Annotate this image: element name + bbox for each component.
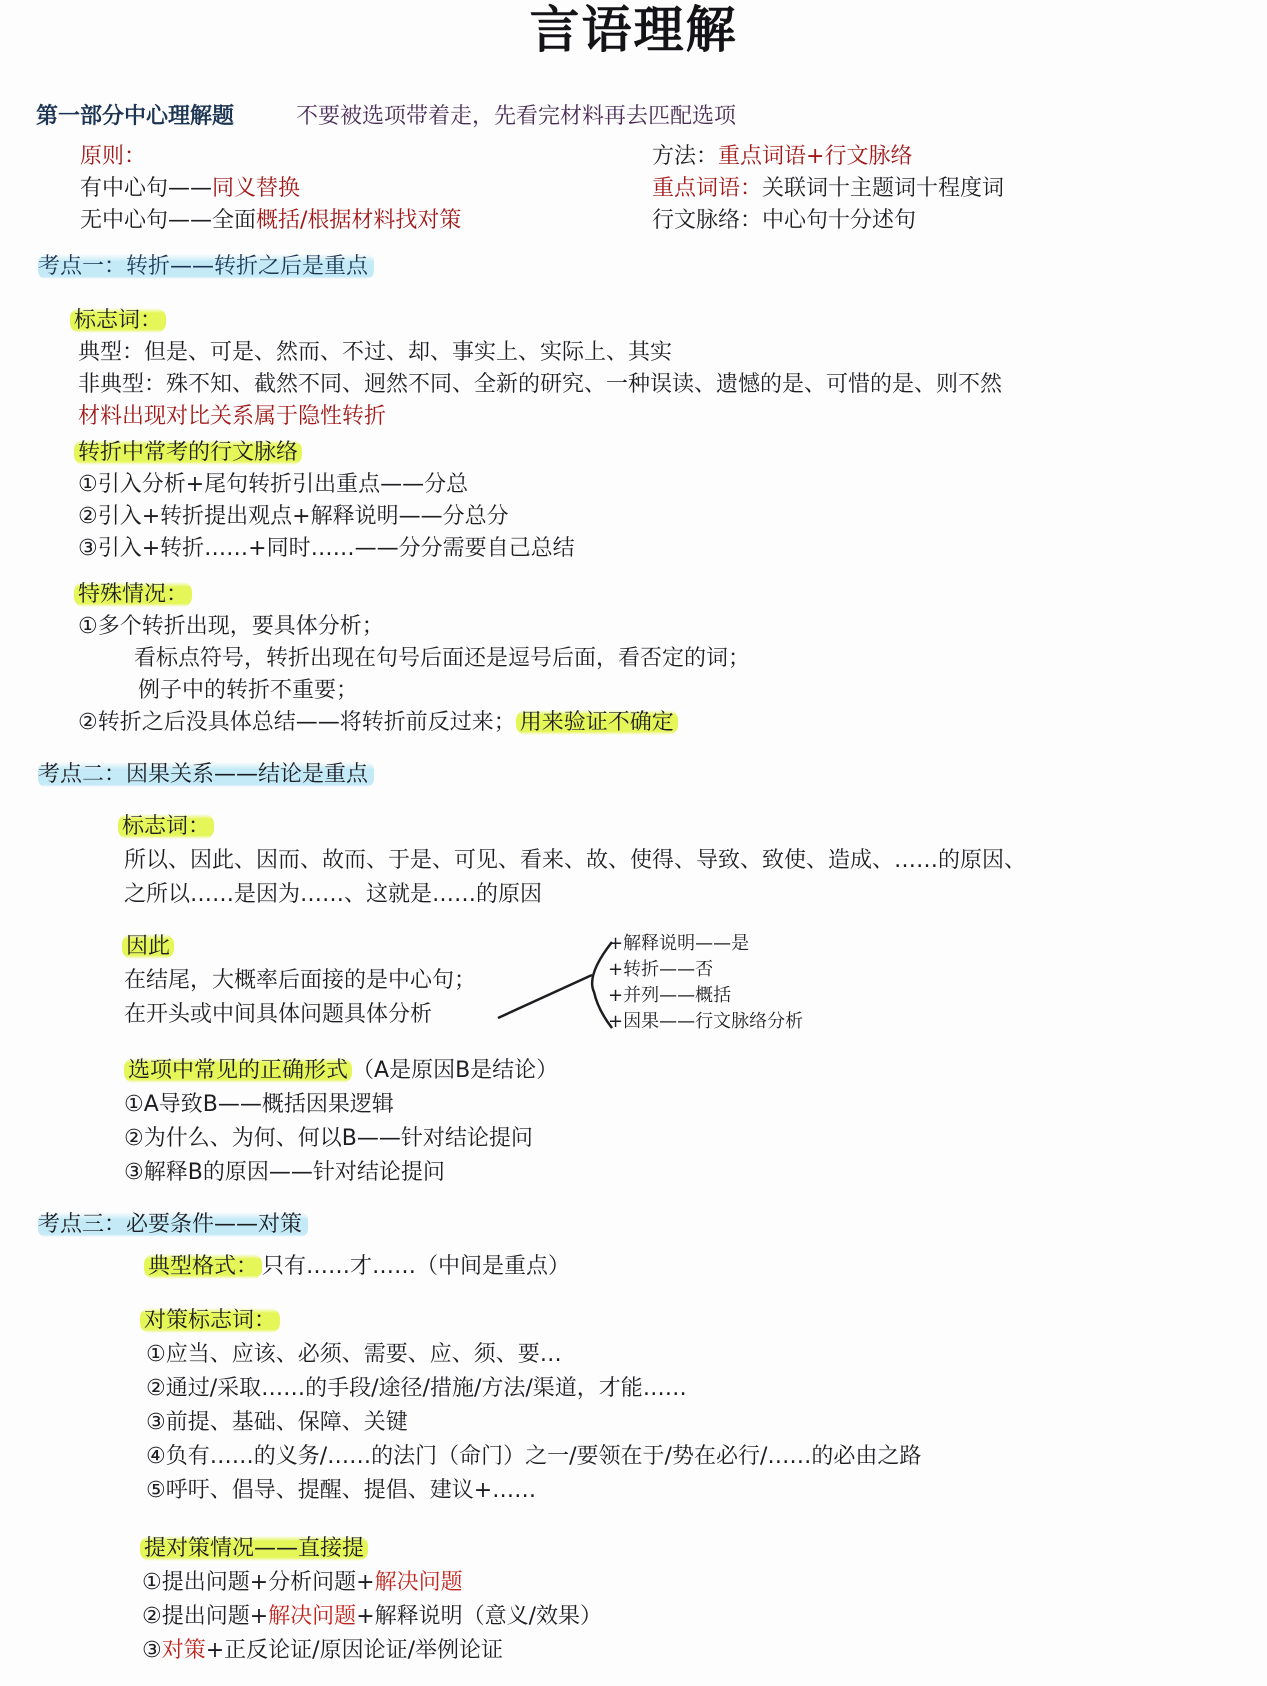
branch-item-3: +并列——概括 [608, 984, 731, 1008]
countermeasure-keywords-label-text: 对策标志词： [140, 1308, 280, 1333]
direct-item-1: ①提出问题+分析问题+解决问题 [142, 1568, 463, 1598]
countermeasure-keywords-label: 对策标志词： [140, 1306, 280, 1336]
direct-item-2-a: ②提出问题+ [142, 1604, 268, 1629]
direct-item-1-b: 解决问题 [375, 1570, 463, 1595]
typical-format-label: 典型格式： [144, 1254, 262, 1279]
options-item-2: ②为什么、为何、何以B——针对结论提问 [124, 1124, 533, 1154]
kaodian3-heading: 考点三：必要条件——对策 [38, 1210, 308, 1240]
direct-countermeasure-label-text: 提对策情况——直接提 [140, 1536, 368, 1561]
branch-item-1: +解释说明——是 [608, 932, 749, 956]
options-label-text: 选项中常见的正确形式 [124, 1058, 352, 1083]
branch-item-2: +转折——否 [608, 958, 713, 982]
direct-item-1-a: ①提出问题+分析问题+ [142, 1570, 375, 1595]
direct-countermeasure-label: 提对策情况——直接提 [140, 1534, 368, 1564]
direct-item-3-c: +正反论证/原因论证/举例论证 [206, 1638, 503, 1663]
direct-item-2: ②提出问题+解决问题+解释说明（意义/效果） [142, 1602, 602, 1632]
direct-item-3-a: ③ [142, 1638, 162, 1663]
countermeasure-item-1: ①应当、应该、必须、需要、应、须、要… [146, 1340, 562, 1370]
options-item-1: ①A导致B——概括因果逻辑 [124, 1090, 394, 1120]
countermeasure-item-5: ⑤呼吁、倡导、提醒、提倡、建议+…… [146, 1476, 536, 1506]
kaodian3-heading-text: 考点三：必要条件——对策 [38, 1212, 308, 1237]
countermeasure-item-2: ②通过/采取……的手段/途径/措施/方法/渠道，才能…… [146, 1374, 687, 1404]
branch-item-4: +因果——行文脉络分析 [608, 1010, 803, 1034]
countermeasure-item-3: ③前提、基础、保障、关键 [146, 1408, 408, 1438]
options-item-3: ③解释B的原因——针对结论提问 [124, 1158, 445, 1188]
direct-item-3-b: 对策 [162, 1638, 206, 1663]
options-note: （A是原因B是结论） [352, 1058, 558, 1083]
typical-format-value: 只有……才……（中间是重点） [262, 1254, 570, 1279]
options-heading: 选项中常见的正确形式（A是原因B是结论） [124, 1056, 558, 1086]
countermeasure-item-4: ④负有……的义务/……的法门（命门）之一/要领在于/势在必行/……的必由之路 [146, 1442, 921, 1472]
direct-item-2-b: 解决问题 [268, 1604, 356, 1629]
direct-item-2-c: +解释说明（意义/效果） [356, 1604, 602, 1629]
typical-format: 典型格式：只有……才……（中间是重点） [144, 1252, 570, 1282]
direct-item-3: ③对策+正反论证/原因论证/举例论证 [142, 1636, 503, 1666]
